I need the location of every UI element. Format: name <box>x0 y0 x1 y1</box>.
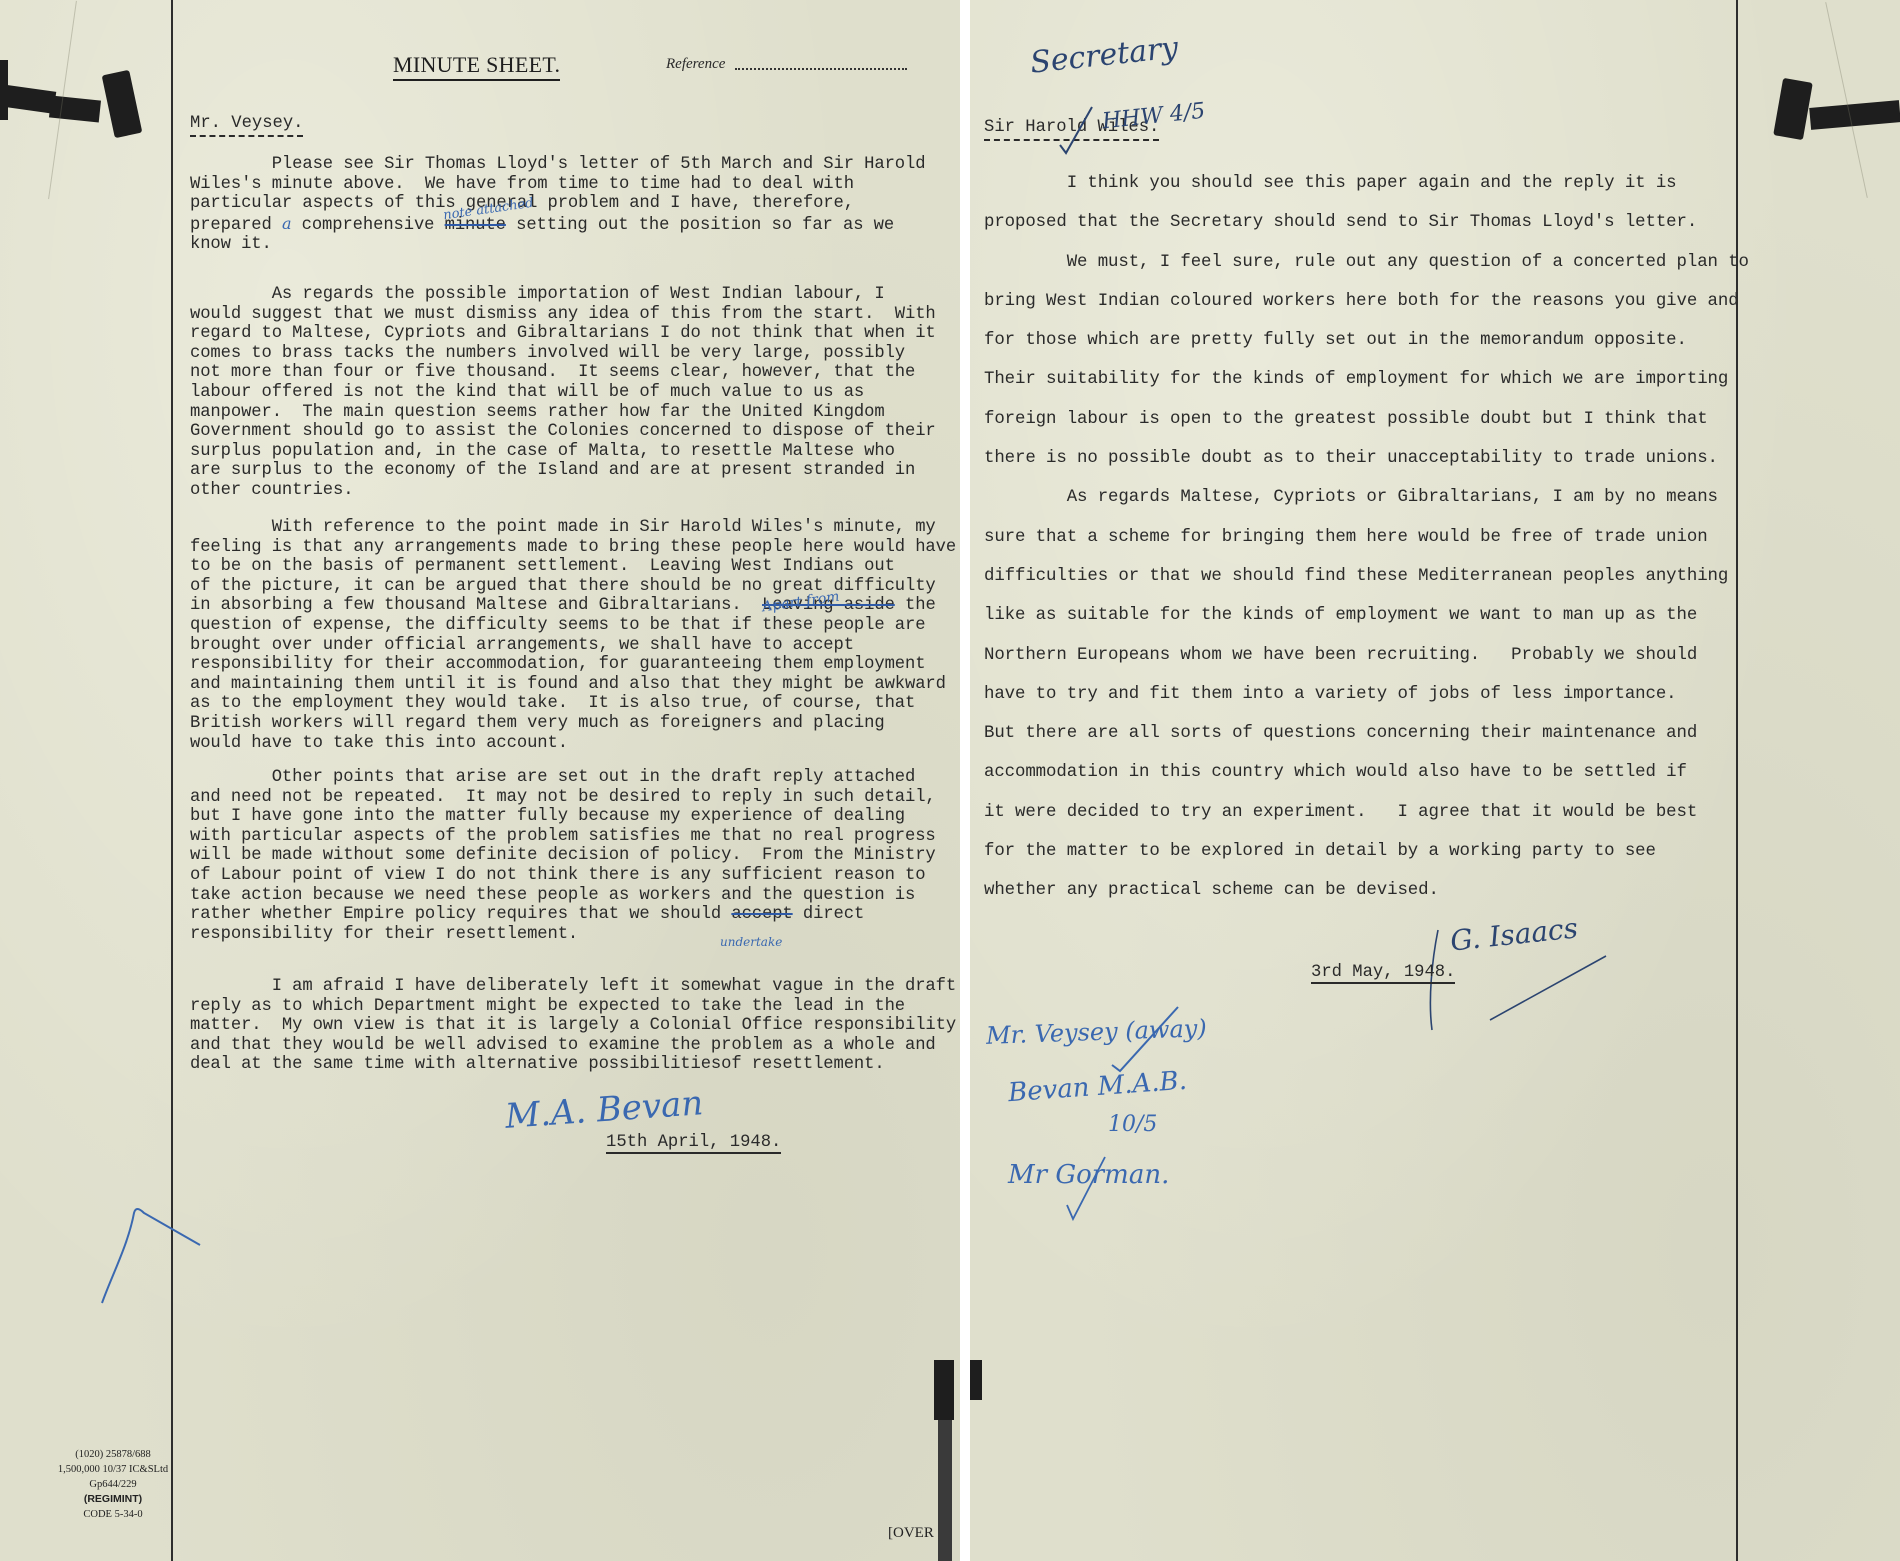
date: 15th April, 1948. <box>606 1133 781 1154</box>
fold-crease <box>1825 2 1868 198</box>
struck-word: accept <box>731 905 792 924</box>
text-line: But there are all sorts of questions con… <box>984 714 1749 753</box>
text-line: not more than four or five thousand. It … <box>190 363 936 383</box>
reference-field <box>735 68 907 70</box>
text-line: know it. <box>190 235 925 255</box>
handwritten-insert: a <box>282 214 291 233</box>
text-line: particular aspects of this general probl… <box>190 194 925 214</box>
text-line: manpower. The main question seems rather… <box>190 403 936 423</box>
check-mark-icon <box>1110 1005 1180 1075</box>
paragraph-2: As regards the possible importation of W… <box>190 285 936 501</box>
text-line: I am afraid I have deliberately left it … <box>190 977 956 997</box>
text-line: like as suitable for the kinds of employ… <box>984 596 1749 635</box>
text-line: surplus population and, in the case of M… <box>190 442 936 462</box>
text-line: reply as to which Department might be ex… <box>190 997 956 1017</box>
text-line: and need not be repeated. It may not be … <box>190 788 936 808</box>
torn-edge <box>938 1420 952 1561</box>
text-line: would have to take this into account. <box>190 734 956 754</box>
reference-label: Reference <box>666 56 725 73</box>
text-line: As regards the possible importation of W… <box>190 285 936 305</box>
torn-hole <box>1773 78 1813 140</box>
routing-note-bevan: Bevan M.A.B. <box>1007 1066 1188 1108</box>
text-line: are surplus to the economy of the Island… <box>190 461 936 481</box>
text-line: regard to Maltese, Cypriots and Gibralta… <box>190 324 936 344</box>
text-line: Government should go to assist the Colon… <box>190 422 936 442</box>
text-line: for the matter to be explored in detail … <box>984 832 1749 871</box>
text-line: and that they would be well advised to e… <box>190 1036 956 1056</box>
text-line: with particular aspects of the problem s… <box>190 827 936 847</box>
text-line: accommodation in this country which woul… <box>984 753 1749 792</box>
date: 3rd May, 1948. <box>1311 963 1455 984</box>
text-line: there is no possible doubt as to their u… <box>984 439 1749 478</box>
paragraph-5: I am afraid I have deliberately left it … <box>190 977 956 1075</box>
text-line: difficulties or that we should find thes… <box>984 557 1749 596</box>
text-line: Their suitability for the kinds of emplo… <box>984 360 1749 399</box>
handwritten-secretary: Secretary <box>1029 30 1180 80</box>
right-page-body: I think you should see this paper again … <box>984 164 1749 911</box>
routing-note-date: 10/5 <box>1108 1112 1157 1137</box>
text-line: British workers will regard them very mu… <box>190 714 956 734</box>
minute-sheet-left-page: MINUTE SHEET. Reference Mr. Veysey. Plea… <box>0 0 960 1561</box>
text-line: I think you should see this paper again … <box>984 164 1749 203</box>
torn-edge <box>970 1360 982 1400</box>
text-line: Other points that arise are set out in t… <box>190 768 936 788</box>
text-line: responsibility for their resettlement. <box>190 925 936 945</box>
page-title: MINUTE SHEET. <box>393 52 560 81</box>
text-line: matter. My own view is that it is largel… <box>190 1016 956 1036</box>
torn-hole <box>1809 100 1900 130</box>
text-line: Wiles's minute above. We have from time … <box>190 175 925 195</box>
handwritten-initials: HHW 4/5 <box>1101 99 1206 135</box>
text-line: We must, I feel sure, rule out any quest… <box>984 243 1749 282</box>
text-line-with-correction: rather whether Empire policy requires th… <box>190 905 936 925</box>
text-line: bring West Indian coloured workers here … <box>984 282 1749 321</box>
paragraph-3: With reference to the point made in Sir … <box>190 518 956 753</box>
torn-edge <box>934 1360 954 1420</box>
torn-hole <box>0 60 8 120</box>
text-line: whether any practical scheme can be devi… <box>984 871 1749 910</box>
text-line: of the picture, it can be argued that th… <box>190 577 956 597</box>
text-line: sure that a scheme for bringing them her… <box>984 518 1749 557</box>
text-line: other countries. <box>190 481 936 501</box>
text-line: to be on the basis of permanent settleme… <box>190 557 956 577</box>
addressee: Mr. Veysey. <box>190 114 303 137</box>
text-line: of Labour point of view I do not think t… <box>190 866 936 886</box>
signature: M.A. Bevan <box>504 1083 705 1137</box>
torn-hole <box>0 84 56 113</box>
text-line: will be made without some definite decis… <box>190 846 936 866</box>
pen-mark <box>100 1205 210 1305</box>
text-line-with-correction: in absorbing a few thousand Maltese and … <box>190 596 956 616</box>
torn-hole <box>49 95 101 122</box>
text-line: foreign labour is open to the greatest p… <box>984 400 1749 439</box>
minute-sheet-right-page: Secretary Sir Harold Wiles. HHW 4/5 I th… <box>970 0 1900 1561</box>
text-line: As regards Maltese, Cypriots or Gibralta… <box>984 478 1749 517</box>
text-line: Please see Sir Thomas Lloyd's letter of … <box>190 155 925 175</box>
text-line: With reference to the point made in Sir … <box>190 518 956 538</box>
paragraph-1: Please see Sir Thomas Lloyd's letter of … <box>190 155 925 255</box>
paragraph-4: Other points that arise are set out in t… <box>190 768 936 944</box>
text-line: it were decided to try an experiment. I … <box>984 793 1749 832</box>
text-line: and maintaining them until it is found a… <box>190 675 956 695</box>
torn-hole <box>102 70 143 138</box>
text-line: comes to brass tacks the numbers involve… <box>190 344 936 364</box>
text-line: brought over under official arrangements… <box>190 636 956 656</box>
text-line: have to try and fit them into a variety … <box>984 675 1749 714</box>
check-mark-icon <box>1065 1155 1115 1225</box>
text-line: deal at the same time with alternative p… <box>190 1055 956 1075</box>
text-line: for those which are pretty fully set out… <box>984 321 1749 360</box>
text-line: Northern Europeans whom we have been rec… <box>984 636 1749 675</box>
text-line: question of expense, the difficulty seem… <box>190 616 956 636</box>
check-mark-icon <box>1058 105 1098 155</box>
text-line: feeling is that any arrangements made to… <box>190 538 956 558</box>
handwritten-correction: undertake <box>720 935 782 949</box>
text-line: as to the employment they would take. It… <box>190 694 956 714</box>
text-line: take action because we need these people… <box>190 886 936 906</box>
text-line: responsibility for their accommodation, … <box>190 655 956 675</box>
text-line: but I have gone into the matter fully be… <box>190 807 936 827</box>
text-line-with-correction: prepared a comprehensive minute setting … <box>190 214 925 236</box>
over-mark: [OVER <box>888 1525 934 1542</box>
text-line: proposed that the Secretary should send … <box>984 203 1749 242</box>
text-line: would suggest that we must dismiss any i… <box>190 305 936 325</box>
text-line: labour offered is not the kind that will… <box>190 383 936 403</box>
left-margin-rule <box>171 0 173 1561</box>
printer-imprint: (1020) 25878/688 1,500,000 10/37 IC&SLtd… <box>38 1447 188 1522</box>
